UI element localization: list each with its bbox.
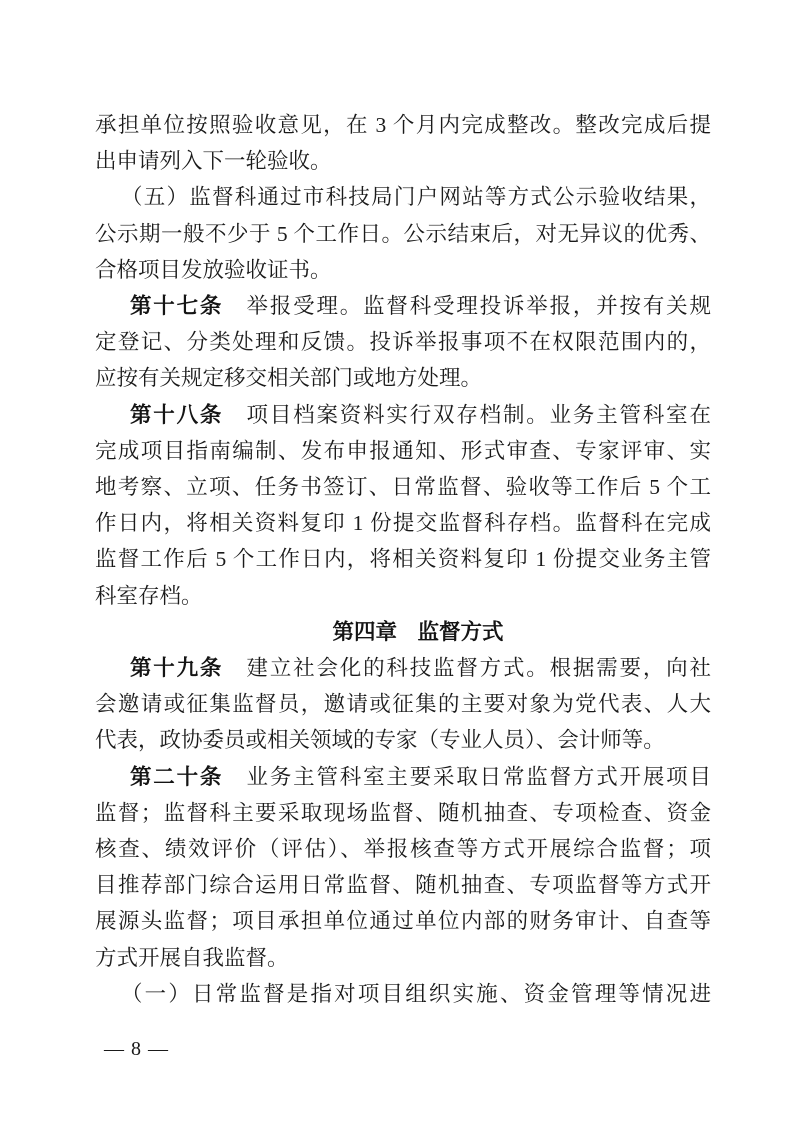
article-number: 第二十条 xyxy=(130,765,223,789)
article-text: 举报受理。监督科受理投诉举报，并按有关规 xyxy=(223,294,711,318)
article-text: 建立社会化的科技监督方式。根据需要，向社 xyxy=(223,656,711,680)
text-line: 第十七条 举报受理。监督科受理投诉举报，并按有关规 xyxy=(95,288,711,324)
text-line: 第十九条 建立社会化的科技监督方式。根据需要，向社 xyxy=(95,650,711,686)
text-line: （五）监督科通过市科技局门户网站等方式公示验收结果， xyxy=(95,179,711,215)
article-number: 第十七条 xyxy=(130,294,223,318)
text-line: 会邀请或征集监督员，邀请或征集的主要对象为党代表、人大 xyxy=(95,686,711,722)
text-line: 科室存档。 xyxy=(95,578,711,614)
page-number: — 8 — xyxy=(104,1036,169,1062)
text-line: 作日内，将相关资料复印 1 份提交监督科存档。监督科在完成 xyxy=(95,505,711,541)
text-line: 代表，政协委员或相关领域的专家（专业人员）、会计师等。 xyxy=(95,722,711,758)
article-text: 业务主管科室主要采取日常监督方式开展项目 xyxy=(223,765,711,789)
chapter-number: 第四章 xyxy=(333,620,398,644)
text-line: 监督；监督科主要采取现场监督、随机抽查、专项检查、资金 xyxy=(95,795,711,831)
text-line: 目推荐部门综合运用日常监督、随机抽查、专项监督等方式开 xyxy=(95,867,711,903)
text-line: 出申请列入下一轮验收。 xyxy=(95,143,711,179)
text-line: 承担单位按照验收意见，在 3 个月内完成整改。整改完成后提 xyxy=(95,107,711,143)
article-number: 第十九条 xyxy=(130,656,223,680)
text-line: 应按有关规定移交相关部门或地方处理。 xyxy=(95,360,711,396)
text-line: 定登记、分类处理和反馈。投诉举报事项不在权限范围内的， xyxy=(95,324,711,360)
text-line: 核查、绩效评价（评估）、举报核查等方式开展综合监督；项 xyxy=(95,831,711,867)
text-line: 第二十条 业务主管科室主要采取日常监督方式开展项目 xyxy=(95,759,711,795)
article-number: 第十八条 xyxy=(130,403,223,427)
text-line: 展源头监督；项目承担单位通过单位内部的财务审计、自查等 xyxy=(95,903,711,939)
document-body: 承担单位按照验收意见，在 3 个月内完成整改。整改完成后提 出申请列入下一轮验收… xyxy=(95,107,711,1012)
text-line: 方式开展自我监督。 xyxy=(95,940,711,976)
text-line: （一）日常监督是指对项目组织实施、资金管理等情况进 xyxy=(95,976,711,1012)
text-line: 第十八条 项目档案资料实行双存档制。业务主管科室在 xyxy=(95,397,711,433)
text-line: 监督工作后 5 个工作日内，将相关资料复印 1 份提交业务主管 xyxy=(95,541,711,577)
chapter-heading: 第四章监督方式 xyxy=(95,614,711,650)
text-line: 完成项目指南编制、发布申报通知、形式审查、专家评审、实 xyxy=(95,433,711,469)
text-line: 地考察、立项、任务书签订、日常监督、验收等工作后 5 个工 xyxy=(95,469,711,505)
article-text: 项目档案资料实行双存档制。业务主管科室在 xyxy=(223,403,711,427)
chapter-title: 监督方式 xyxy=(417,620,503,644)
scanned-document-page: 承担单位按照验收意见，在 3 个月内完成整改。整改完成后提 出申请列入下一轮验收… xyxy=(0,0,793,1122)
text-line: 公示期一般不少于 5 个工作日。公示结束后，对无异议的优秀、 xyxy=(95,216,711,252)
text-line: 合格项目发放验收证书。 xyxy=(95,252,711,288)
